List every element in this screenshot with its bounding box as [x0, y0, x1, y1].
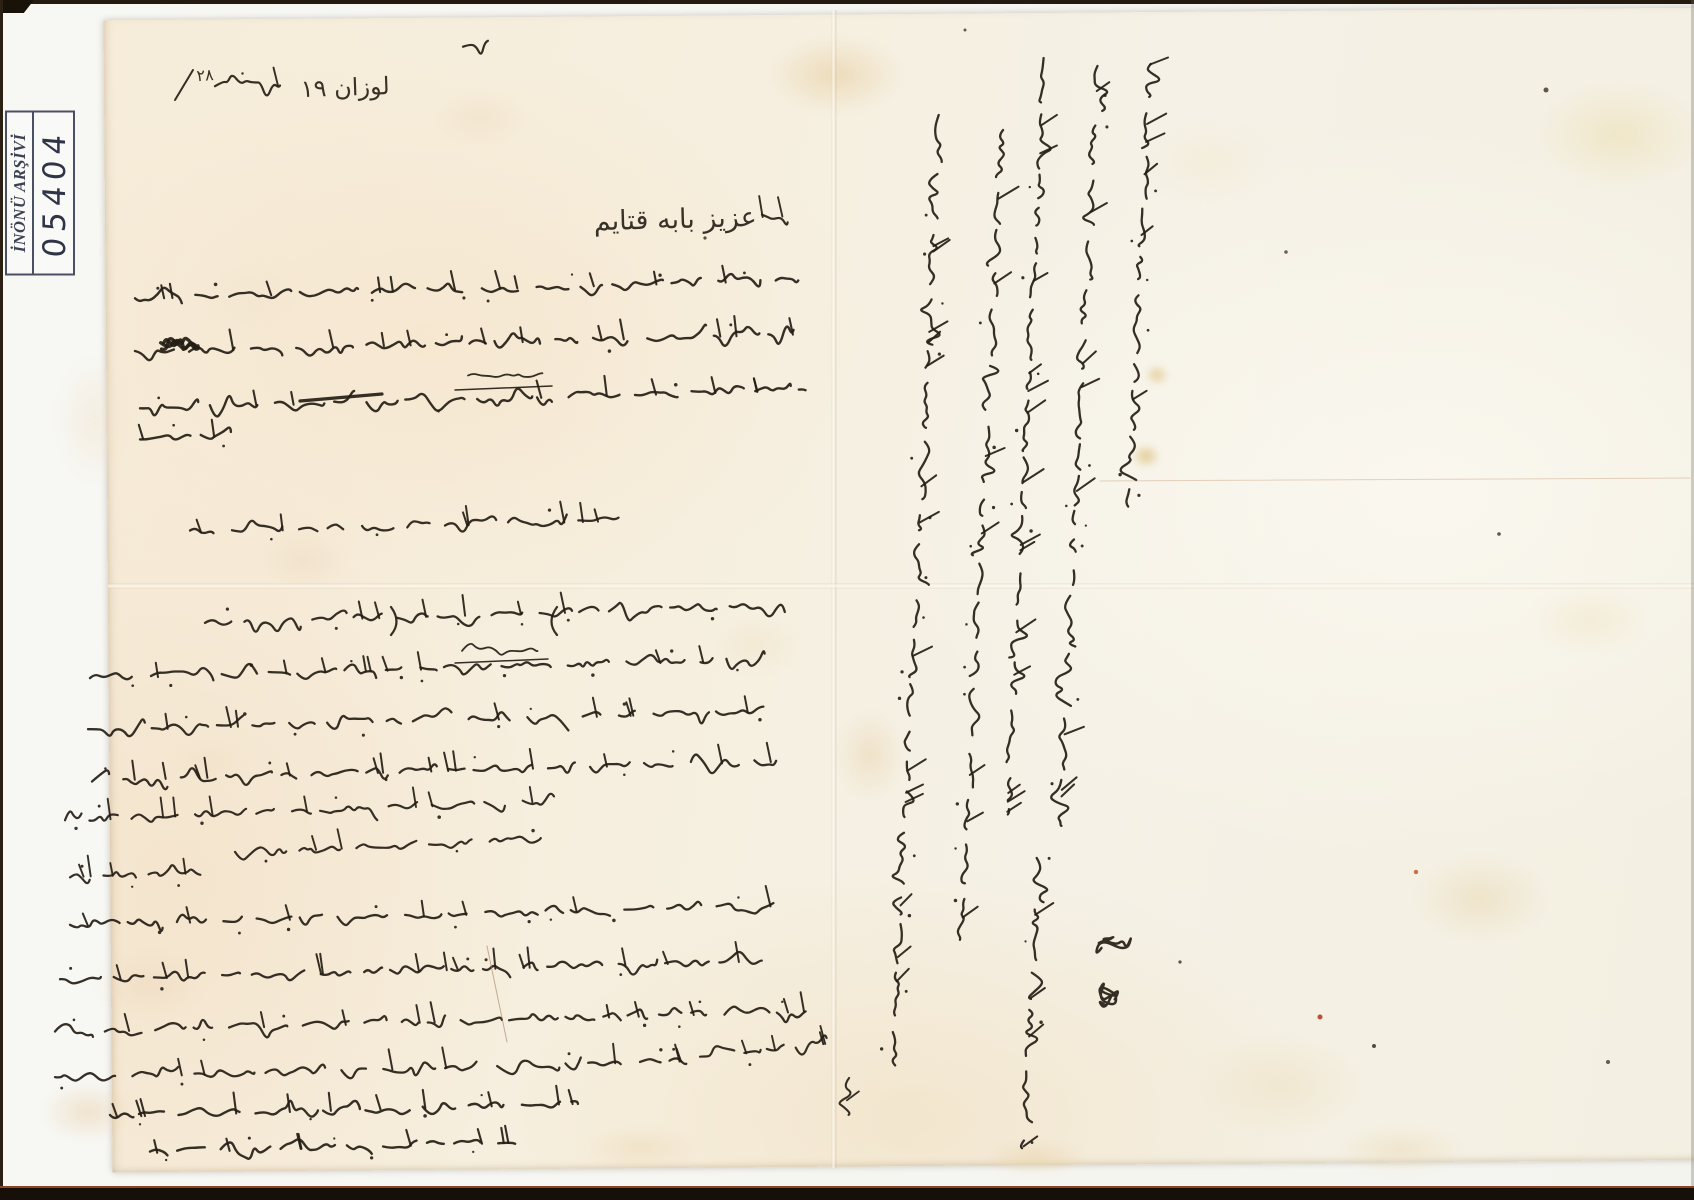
scanner-left-edge	[0, 0, 3, 1200]
handwriting-ink: لوزان ١٩٢٨عزيز بابه قتايم	[0, 0, 1694, 1200]
archive-stamp-number: 05404	[34, 110, 73, 274]
dateline-year-text: ٢٨	[196, 65, 215, 85]
scanner-top-edge	[0, 0, 1694, 4]
archive-stamp-box: İNÖNÜ ARŞİVİ 05404	[5, 110, 75, 275]
scanner-bottom-edge	[0, 1186, 1694, 1200]
dateline-text: لوزان ١٩	[300, 72, 390, 103]
archive-stamp: İNÖNÜ ARŞİVİ 05404	[5, 110, 75, 275]
scanned-letter-page: لوزان ١٩٢٨عزيز بابه قتايم İNÖNÜ ARŞİVİ 0…	[0, 0, 1694, 1200]
salutation-text: عزيز بابه قتايم	[593, 202, 757, 237]
archive-stamp-label: İNÖNÜ ARŞİVİ	[7, 112, 34, 273]
